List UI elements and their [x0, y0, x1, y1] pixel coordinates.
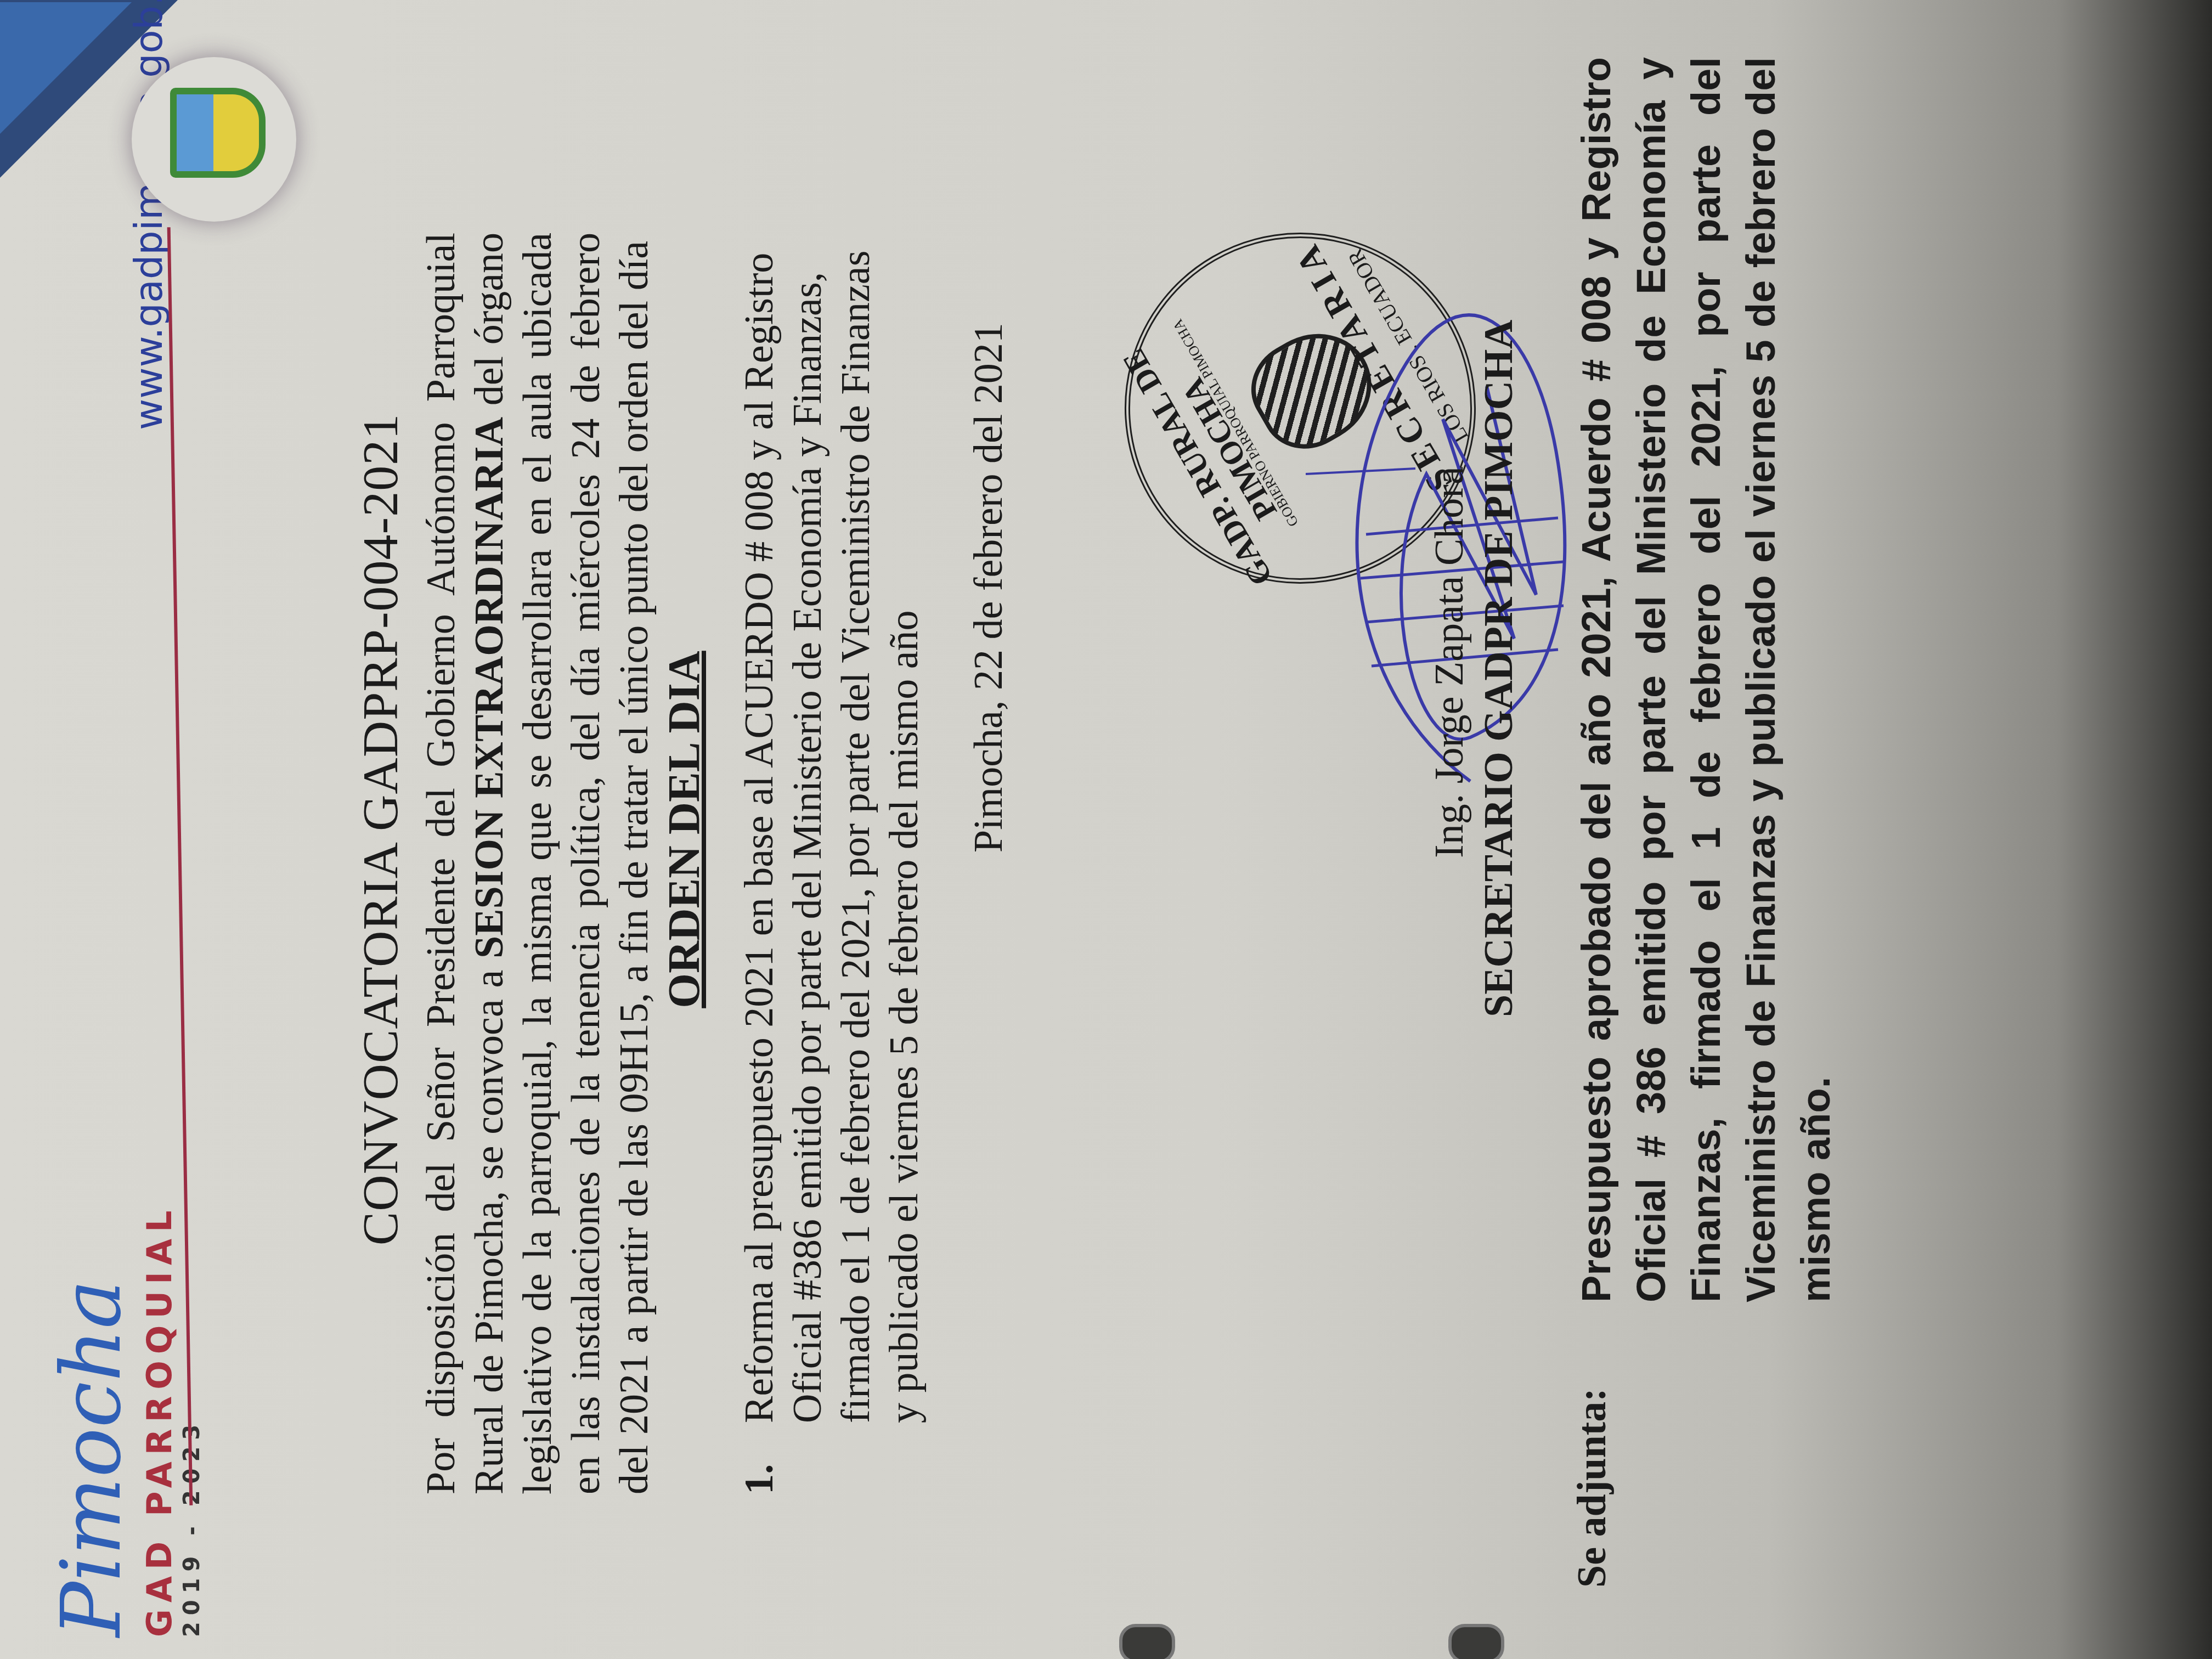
agenda-heading: ORDEN DEL DIA: [658, 0, 710, 1659]
parish-coat-of-arms-icon: [132, 57, 296, 222]
attachment-label: Se adjunta:: [1569, 1388, 1616, 1588]
agenda-item-number: 1.: [735, 1423, 928, 1494]
document-page: Pimocha GAD PARROQUIAL 2019 - 2023 www.g…: [0, 0, 2212, 1659]
convocation-paragraph: Por disposición del Señor Presidente del…: [417, 233, 658, 1494]
document-title: CONVOCATORIA GADPRP-004-2021: [351, 0, 409, 1659]
signer-title: SECRETARIO GADPR DE PIMOCHA: [1476, 320, 1522, 1017]
letterhead: Pimocha GAD PARROQUIAL 2019 - 2023 www.g…: [0, 0, 230, 1659]
binder-hole: [1448, 1624, 1504, 1659]
header-decoration: [0, 2, 132, 134]
brand-line: GAD PARROQUIAL: [139, 1204, 179, 1637]
brand-script: Pimocha: [44, 1204, 139, 1637]
agenda-item: 1. Reforma al presupuesto 2021 en base a…: [735, 233, 928, 1494]
brand-years: 2019 - 2023: [179, 1204, 205, 1637]
website-url: www.gadpimocha.gob.ec: [126, 0, 171, 430]
binder-hole: [1119, 1624, 1175, 1659]
signer-name: Ing. Jorge Zapata Chora: [1426, 466, 1473, 858]
session-type: SESION EXTRAORDINARIA: [467, 417, 512, 958]
attachment-text: Presupuesto aprobado del año 2021, Acuer…: [1569, 57, 1843, 1302]
brand-logo: Pimocha GAD PARROQUIAL 2019 - 2023: [44, 1204, 205, 1637]
place-date: Pimocha, 22 de febrero del 2021: [966, 323, 1012, 853]
agenda-item-text: Reforma al presupuesto 2021 en base al A…: [735, 233, 928, 1423]
